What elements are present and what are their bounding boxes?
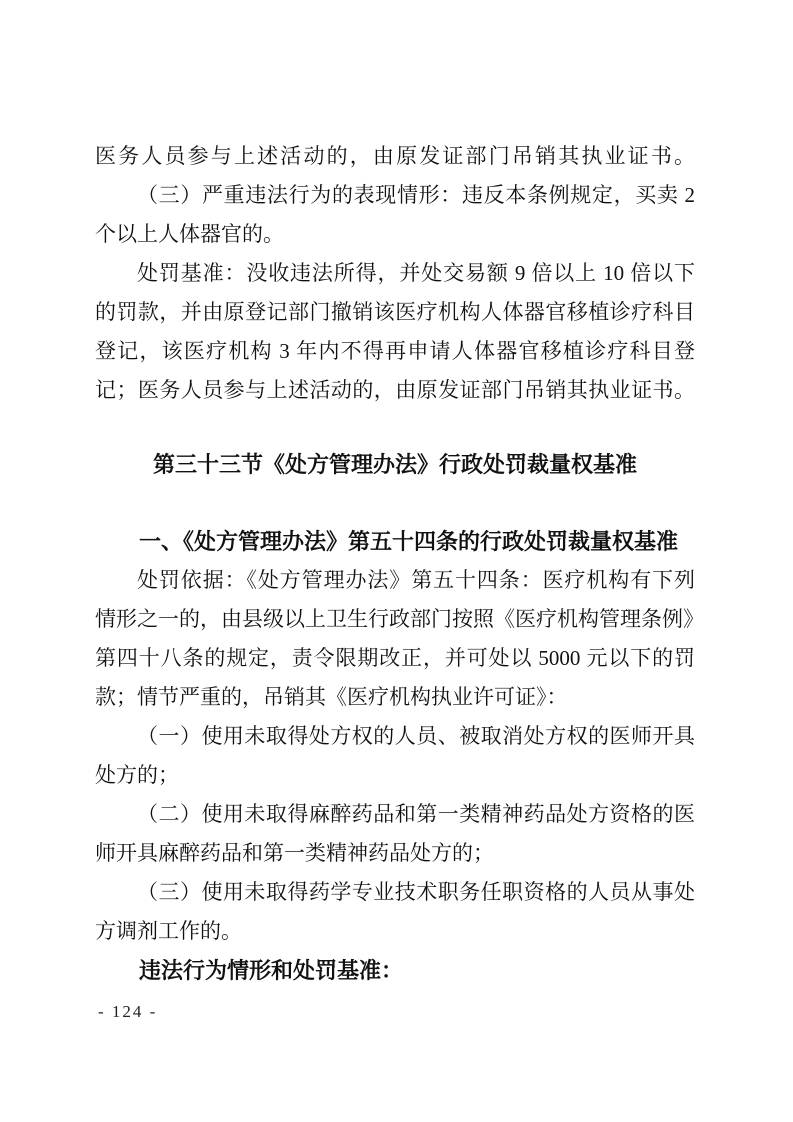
- body-line: 第四十八条的规定，责令限期改正，并可处以 5000 元以下的罚: [95, 639, 695, 678]
- body-line: 师开具麻醉药品和第一类精神药品处方的；: [95, 834, 695, 873]
- document-page: 医务人员参与上述活动的，由原发证部门吊销其执业证书。 （三）严重违法行为的表现情…: [0, 0, 793, 1122]
- body-line: 医务人员参与上述活动的，由原发证部门吊销其执业证书。: [95, 137, 695, 176]
- body-line: 的罚款，并由原登记部门撤销该医疗机构人体器官移植诊疗科目: [95, 293, 695, 332]
- body-line: 记；医务人员参与上述活动的，由原发证部门吊销其执业证书。: [95, 371, 695, 410]
- body-line: 方调剂工作的。: [95, 912, 695, 951]
- body-line: （一）使用未取得处方权的人员、被取消处方权的医师开具: [95, 717, 695, 756]
- bold-lead-line: 违法行为情形和处罚基准：: [95, 951, 695, 990]
- body-line: 处罚依据：《处方管理办法》第五十四条：医疗机构有下列: [95, 561, 695, 600]
- body-line: 款；情节严重的，吊销其《医疗机构执业许可证》：: [95, 678, 695, 717]
- body-line: 处罚基准：没收违法所得，并处交易额 9 倍以上 10 倍以下: [95, 254, 695, 293]
- body-line: （三）使用未取得药学专业技术职务任职资格的人员从事处: [95, 873, 695, 912]
- subsection-heading: 一、《处方管理办法》第五十四条的行政处罚裁量权基准: [95, 522, 695, 561]
- document-body: 医务人员参与上述活动的，由原发证部门吊销其执业证书。 （三）严重违法行为的表现情…: [95, 137, 695, 990]
- body-line: 情形之一的，由县级以上卫生行政部门按照《医疗机构管理条例》: [95, 600, 695, 639]
- body-line: （二）使用未取得麻醉药品和第一类精神药品处方资格的医: [95, 795, 695, 834]
- page-number: - 124 -: [98, 1002, 157, 1022]
- body-line: 处方的；: [95, 756, 695, 795]
- body-line: 个以上人体器官的。: [95, 215, 695, 254]
- section-heading: 第三十三节《处方管理办法》行政处罚裁量权基准: [95, 445, 695, 484]
- body-line: 登记，该医疗机构 3 年内不得再申请人体器官移植诊疗科目登: [95, 332, 695, 371]
- body-line: （三）严重违法行为的表现情形：违反本条例规定，买卖 2: [95, 176, 695, 215]
